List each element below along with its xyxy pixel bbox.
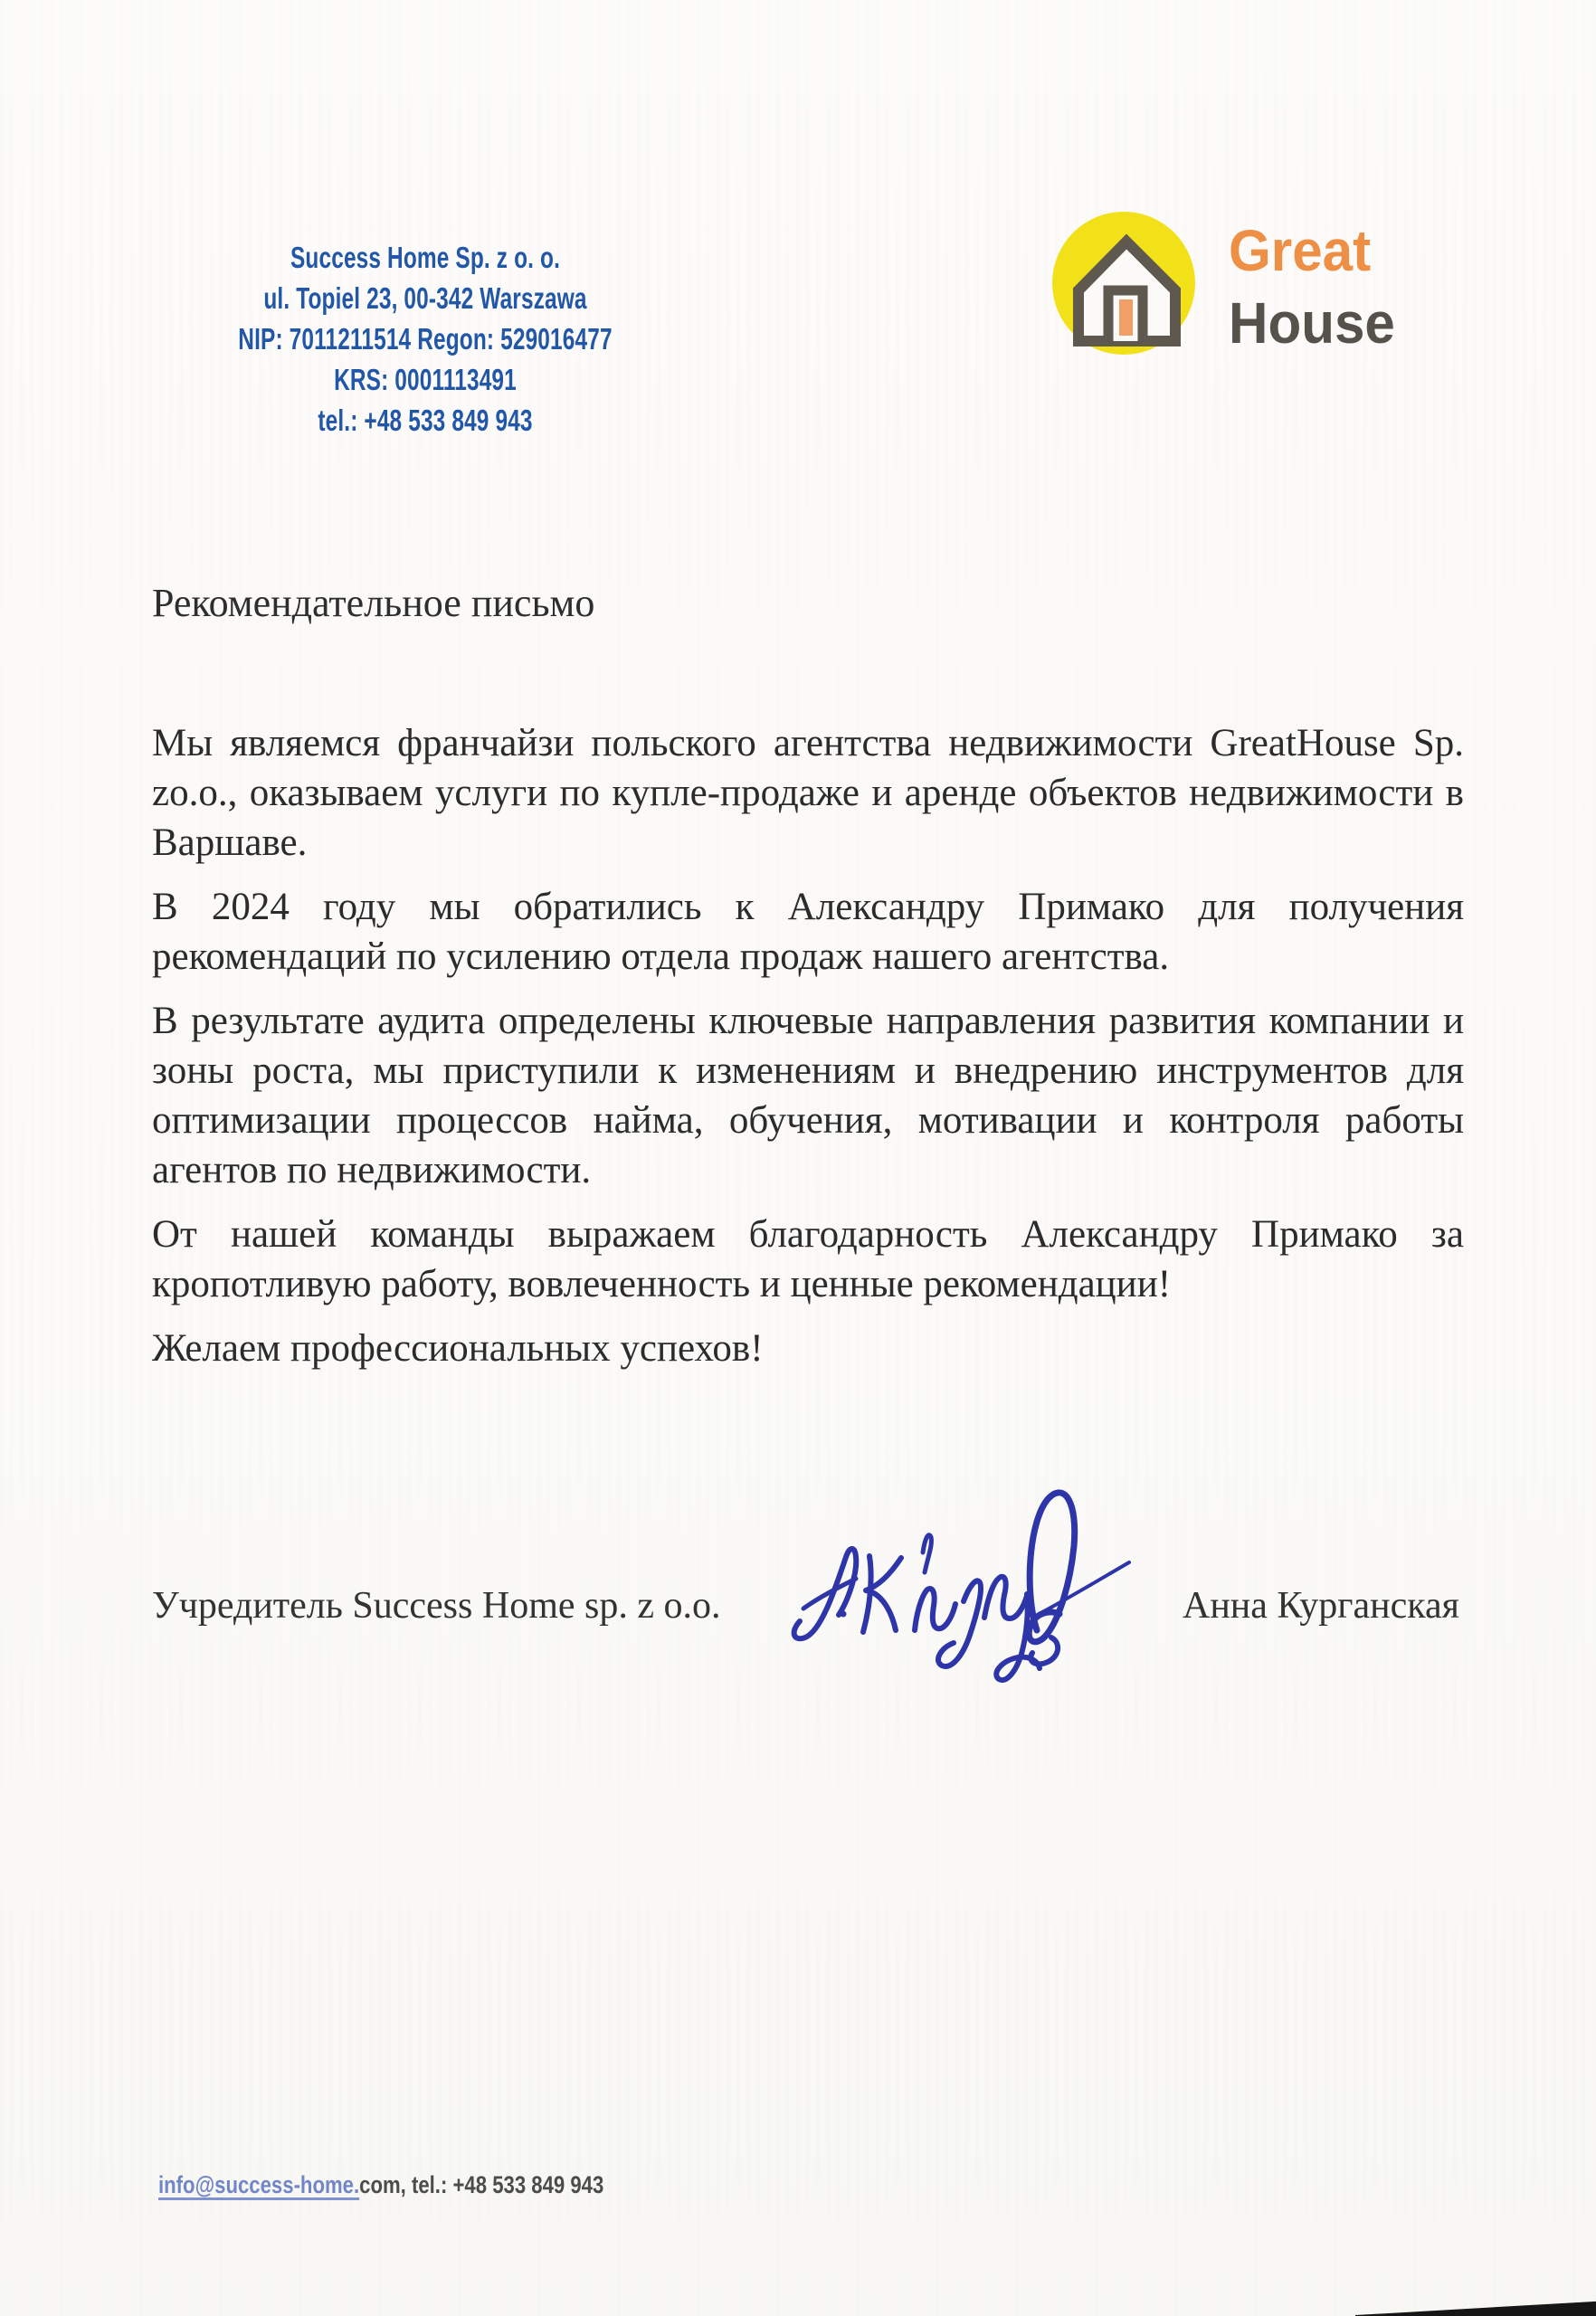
- company-name-line: Success Home Sp. z o. o.: [224, 237, 626, 278]
- letter-paragraph: В результате аудита определены ключевые …: [152, 996, 1464, 1195]
- company-phone-line: tel.: +48 533 849 943: [224, 400, 626, 441]
- letter-paragraph: В 2024 году мы обратились к Александру П…: [152, 882, 1464, 982]
- signer-name: Анна Курганская: [1183, 1583, 1459, 1628]
- logo-word-house: House: [1229, 294, 1395, 352]
- house-in-sun-icon: [1051, 211, 1205, 365]
- signer-role: Учредитель Success Home sp. z o.o.: [152, 1583, 721, 1628]
- company-nip-regon-line: NIP: 7011211514 Regon: 529016477: [224, 318, 626, 359]
- company-krs-line: KRS: 0001113491: [224, 359, 626, 400]
- footer-email-link[interactable]: info@success-home.: [158, 2171, 359, 2198]
- letter-title: Рекомендательное письмо: [152, 581, 594, 626]
- letter-body: Мы являемся франчайзи польского агентств…: [152, 718, 1464, 1388]
- footer-contact-text: com, tel.: +48 533 849 943: [359, 2171, 603, 2198]
- greathouse-logo: Great House: [1051, 211, 1477, 365]
- company-block: Success Home Sp. z o. o. ul. Topiel 23, …: [224, 237, 626, 441]
- scanned-letter-page: Success Home Sp. z o. o. ul. Topiel 23, …: [0, 0, 1596, 2316]
- letter-paragraph: Желаем профессиональных успехов!: [152, 1324, 1464, 1373]
- logo-word-great: Great: [1229, 222, 1371, 280]
- signature-image: [778, 1475, 1158, 1737]
- letter-paragraph: Мы являемся франчайзи польского агентств…: [152, 718, 1464, 868]
- company-address-line: ul. Topiel 23, 00-342 Warszawa: [224, 278, 626, 318]
- scan-edge-artifact: [1355, 2299, 1596, 2316]
- footer: info@success-home.com, tel.: +48 533 849…: [158, 2169, 603, 2200]
- letter-paragraph: От нашей команды выражаем благодарность …: [152, 1210, 1464, 1309]
